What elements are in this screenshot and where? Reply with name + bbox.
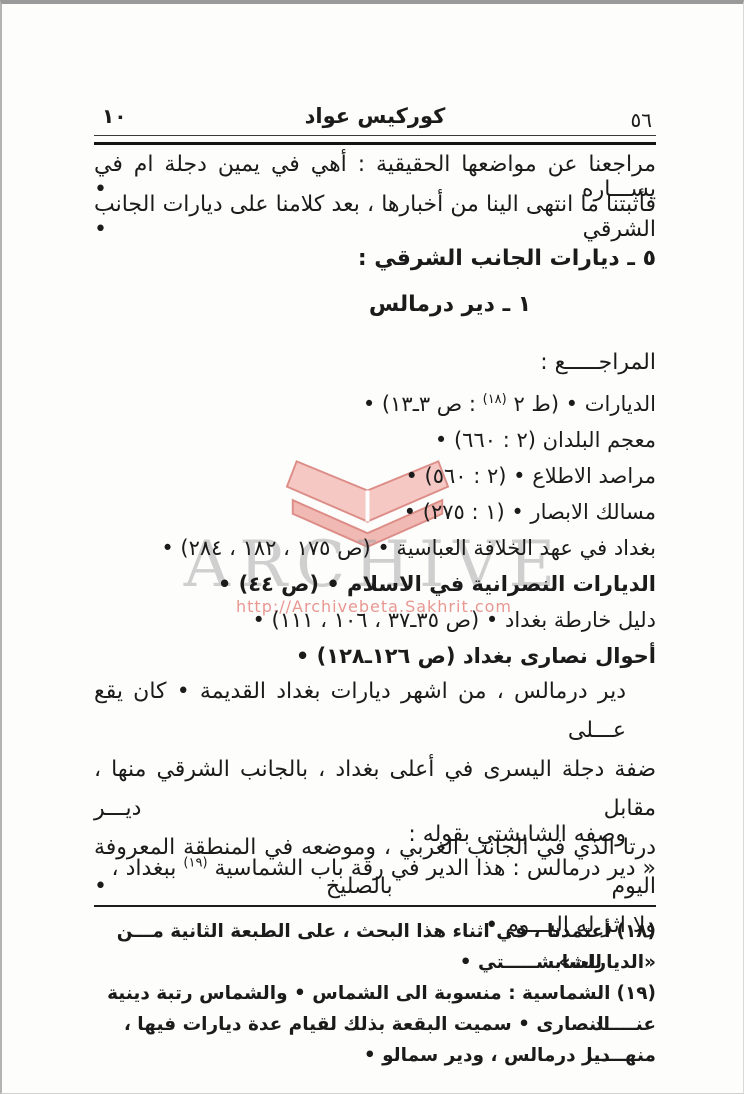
header-page-number: ٥٦ [631, 108, 652, 132]
footnote-19-marker: (١٩) [616, 983, 656, 1004]
paragraph-line: ضفة دجلة اليسرى في أعلى بغداد ، بالجانب … [94, 750, 656, 828]
references-label: المراجـــــع : [94, 350, 656, 375]
header-author-title: كوركيس عواد [94, 104, 656, 128]
footnote-18-marker: (١٨) [616, 921, 656, 942]
reference-item: دليل خارطة بغداد • (ص ٣٥ـ٣٧ ، ١٠٦ ، ١١١)… [94, 602, 656, 638]
footnote-18-line: للشابشـــــتي • [94, 947, 656, 978]
section-heading: ٥ ـ ديارات الجانب الشرقي : [94, 246, 656, 271]
footnote-rule [94, 905, 656, 907]
footnote-ref-18: (١٨) [483, 392, 507, 407]
footnote-19-line: دير درمالس ، ودير سمالو • [94, 1040, 656, 1071]
page-header: ١٠ كوركيس عواد ٥٦ [94, 104, 656, 134]
paragraph-line: دير درمالس ، من اشهر ديارات بغداد القديم… [94, 672, 626, 750]
book-page-scan: ARCHIVE http://Archivebeta.Sakhrit.com ١… [0, 0, 744, 1094]
header-rule [94, 135, 656, 145]
reference-item: بغداد في عهد الخلافة العباسية • (ص ١٧٥ ،… [94, 530, 656, 566]
references-list: الديارات • (ط ٢ (١٨) : ص ٣ـ١٣) • معجم ال… [94, 386, 656, 674]
reference-item: أحوال نصارى بغداد (ص ١٢٦ـ١٢٨) • [94, 638, 656, 674]
quote-intro-line: وصفه الشابشتي بقوله : [94, 822, 656, 847]
subsection-heading: ١ ـ دير درمالس [94, 292, 656, 317]
quote-line: « دير درمالس : هذا الدير في رقة باب الشم… [94, 856, 656, 881]
footnote-ref-19: (١٩) [183, 856, 207, 871]
reference-item: مراصد الاطلاع • (٢ : ٥٦٠) • [94, 458, 656, 494]
intro-line: فأثبتنا ما انتهى الينا من أخبارها ، بعد … [94, 192, 656, 242]
reference-item: الديارات النصرانية في الاسلام • (ص ٤٤) • [94, 566, 656, 602]
reference-item: الديارات • (ط ٢ (١٨) : ص ٣ـ١٣) • [94, 386, 656, 422]
reference-item: معجم البلدان (٢ : ٦٦٠) • [94, 422, 656, 458]
reference-item: مسالك الابصار • (١ : ٢٧٥) • [94, 494, 656, 530]
